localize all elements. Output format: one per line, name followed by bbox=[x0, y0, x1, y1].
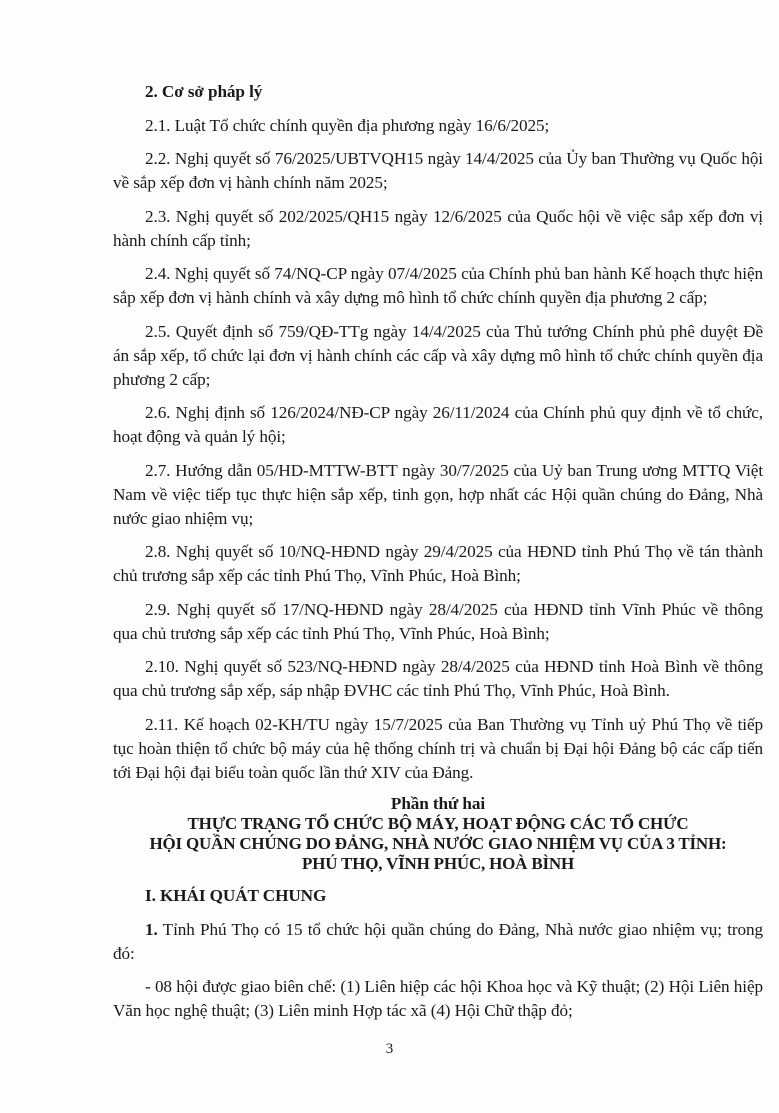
part-title-line: HỘI QUẦN CHÚNG DO ĐẢNG, NHÀ NƯỚC GIAO NH… bbox=[113, 834, 763, 854]
page-number: 3 bbox=[0, 1041, 779, 1058]
legal-item: 2.11. Kế hoạch 02-KH/TU ngày 15/7/2025 c… bbox=[113, 713, 763, 785]
legal-item: 2.7. Hướng dẫn 05/HD-MTTW-BTT ngày 30/7/… bbox=[113, 459, 763, 531]
section-heading-overview: I. KHÁI QUÁT CHUNG bbox=[113, 884, 763, 908]
legal-item: 2.10. Nghị quyết số 523/NQ-HĐND ngày 28/… bbox=[113, 655, 763, 703]
part-label: Phần thứ hai bbox=[113, 794, 763, 814]
legal-item: 2.4. Nghị quyết số 74/NQ-CP ngày 07/4/20… bbox=[113, 262, 763, 310]
legal-item: 2.2. Nghị quyết số 76/2025/UBTVQH15 ngày… bbox=[113, 147, 763, 195]
legal-item: 2.9. Nghị quyết số 17/NQ-HĐND ngày 28/4/… bbox=[113, 598, 763, 646]
legal-item: 2.3. Nghị quyết số 202/2025/QH15 ngày 12… bbox=[113, 205, 763, 253]
document-page: 2. Cơ sở pháp lý 2.1. Luật Tổ chức chính… bbox=[113, 80, 763, 1033]
paragraph-text: Tỉnh Phú Thọ có 15 tổ chức hội quần chún… bbox=[113, 920, 763, 963]
legal-item: 2.8. Nghị quyết số 10/NQ-HĐND ngày 29/4/… bbox=[113, 540, 763, 588]
overview-paragraph: 1. Tỉnh Phú Thọ có 15 tổ chức hội quần c… bbox=[113, 918, 763, 966]
legal-item: 2.5. Quyết định số 759/QĐ-TTg ngày 14/4/… bbox=[113, 320, 763, 392]
part-title-line: PHÚ THỌ, VĨNH PHÚC, HOÀ BÌNH bbox=[113, 854, 763, 874]
paragraph-number: 1. bbox=[145, 920, 158, 939]
legal-item: 2.6. Nghị định số 126/2024/NĐ-CP ngày 26… bbox=[113, 401, 763, 449]
part-title-line: THỰC TRẠNG TỔ CHỨC BỘ MÁY, HOẠT ĐỘNG CÁC… bbox=[113, 814, 763, 834]
section-heading-legal-basis: 2. Cơ sở pháp lý bbox=[113, 80, 763, 104]
overview-list-item: - 08 hội được giao biên chế: (1) Liên hi… bbox=[113, 975, 763, 1023]
legal-item: 2.1. Luật Tổ chức chính quyền địa phương… bbox=[113, 114, 763, 138]
